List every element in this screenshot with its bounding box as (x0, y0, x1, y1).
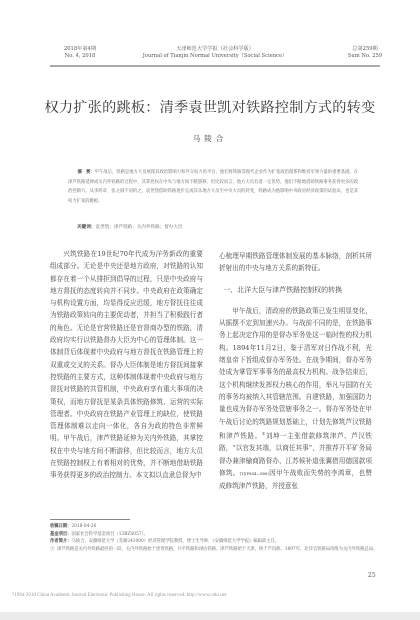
footnote-text: 津芦铁路是关内外铁路最西的一段。关内外铁路始于唐胥铁路，开平铁路和津沽铁路。津芦… (57, 547, 377, 552)
citation[interactable]: [1](P884—886) (240, 471, 269, 476)
body-column-left: 兴筑铁路在19世纪70年代成为洋务新政的重要组成部分。无论是中央还是地方政府，对… (50, 248, 203, 482)
received-label: 收稿日期： (50, 524, 71, 529)
issue-info: 2018年第4期 No. 4, 2018 (50, 46, 110, 60)
abstract: 摘 要：甲午战后，铁路是地方大员展现其政治影响力和外交权力的平台，他们将铁路等现… (68, 168, 358, 206)
bio-label: 作者简介： (50, 539, 71, 544)
document-page: 2018年第4期 No. 4, 2018 天津师范大学学报（社会科学版） Jou… (0, 0, 420, 612)
footnote-marker: ① (50, 547, 54, 552)
journal-name: 天津师范大学学报（社会科学版） Journal of Tianjin Norma… (135, 46, 295, 60)
journal-name-en: Journal of Tianjin Normal University（Soc… (135, 53, 295, 60)
sum-issue-cn: 总第259期 (340, 46, 390, 53)
received-value: 2018-04-26 (71, 524, 96, 529)
fund-value: 国家社会科学基金项目（13BZS057）。 (71, 532, 147, 537)
page-number: 25 (368, 572, 376, 579)
fund-info: 基金项目：国家社会科学基金项目（13BZS057）。 (50, 531, 380, 539)
keywords-label: 关键词： (77, 225, 95, 230)
footnote-1: ① 津芦铁路是关内外铁路最西的一段。关内外铁路始于唐胥铁路，开平铁路和津沽铁路。… (50, 546, 380, 554)
journal-name-cn: 天津师范大学学报（社会科学版） (135, 46, 295, 53)
journal-header: 2018年第4期 No. 4, 2018 天津师范大学学报（社会科学版） Jou… (50, 46, 380, 66)
header-rule (50, 65, 380, 67)
article-author: 马陵合 (0, 133, 420, 144)
footnote-rule (50, 519, 130, 520)
sum-issue-info: 总第259期 Sum No. 259 (340, 46, 390, 60)
keywords: 关键词：袁世凯；津芦铁路；关内外铁路；督办大臣 (77, 224, 357, 230)
body-paragraph: 兴筑铁路在19世纪70年代成为洋务新政的重要组成部分。无论是中央还是地方政府，对… (50, 248, 203, 482)
page-bottom-border (0, 612, 420, 620)
footnotes: 收稿日期：2018-04-26 基金项目：国家社会科学基金项目（13BZS057… (50, 523, 380, 553)
sum-issue-en: Sum No. 259 (340, 53, 390, 60)
abstract-label: 摘 要： (77, 170, 94, 175)
article-title: 权力扩张的跳板：清季袁世凯对铁路控制方式的转变 (40, 97, 380, 117)
bio-value: 马陵合，安徽师范大学（芜湖241000）经济管理学院教授，博士生导师，《安徽师范… (71, 539, 279, 544)
body-column-right: 心梳理早期铁路管理体制发展的基本脉络，剖析其所折射出的中央与地方关系的新特征。 … (219, 250, 372, 493)
issue-en: No. 4, 2018 (50, 53, 110, 60)
copyright-notice: ?1994-2018 China Academic Journal Electr… (12, 593, 412, 598)
issue-cn: 2018年第4期 (50, 46, 110, 53)
fund-label: 基金项目： (50, 532, 71, 537)
abstract-text: 甲午战后，铁路是地方大员展现其政治影响力和外交权力的平台，他们将铁路等现代企业作… (68, 170, 358, 204)
received-date: 收稿日期：2018-04-26 (50, 523, 380, 531)
section-heading: 一、北洋大臣与津芦铁路控制权的转换 (219, 284, 372, 296)
body-paragraph-continued: 心梳理早期铁路管理体制发展的基本脉络，剖析其所折射出的中央与地方关系的新特征。 (219, 250, 372, 275)
author-bio: 作者简介：马陵合，安徽师范大学（芜湖241000）经济管理学院教授，博士生导师，… (50, 538, 380, 546)
paragraph-text: 甲午战后，清政府的铁路政策已发生明显变化，从摇摆不定到加速兴办。与战前不同的是，… (219, 307, 372, 440)
keywords-text: 袁世凯；津芦铁路；关内外铁路；督办大臣 (95, 225, 182, 230)
body-paragraph: 甲午战后，清政府的铁路政策已发生明显变化，从摇摆不定到加速兴办。与战前不同的是，… (219, 305, 372, 493)
